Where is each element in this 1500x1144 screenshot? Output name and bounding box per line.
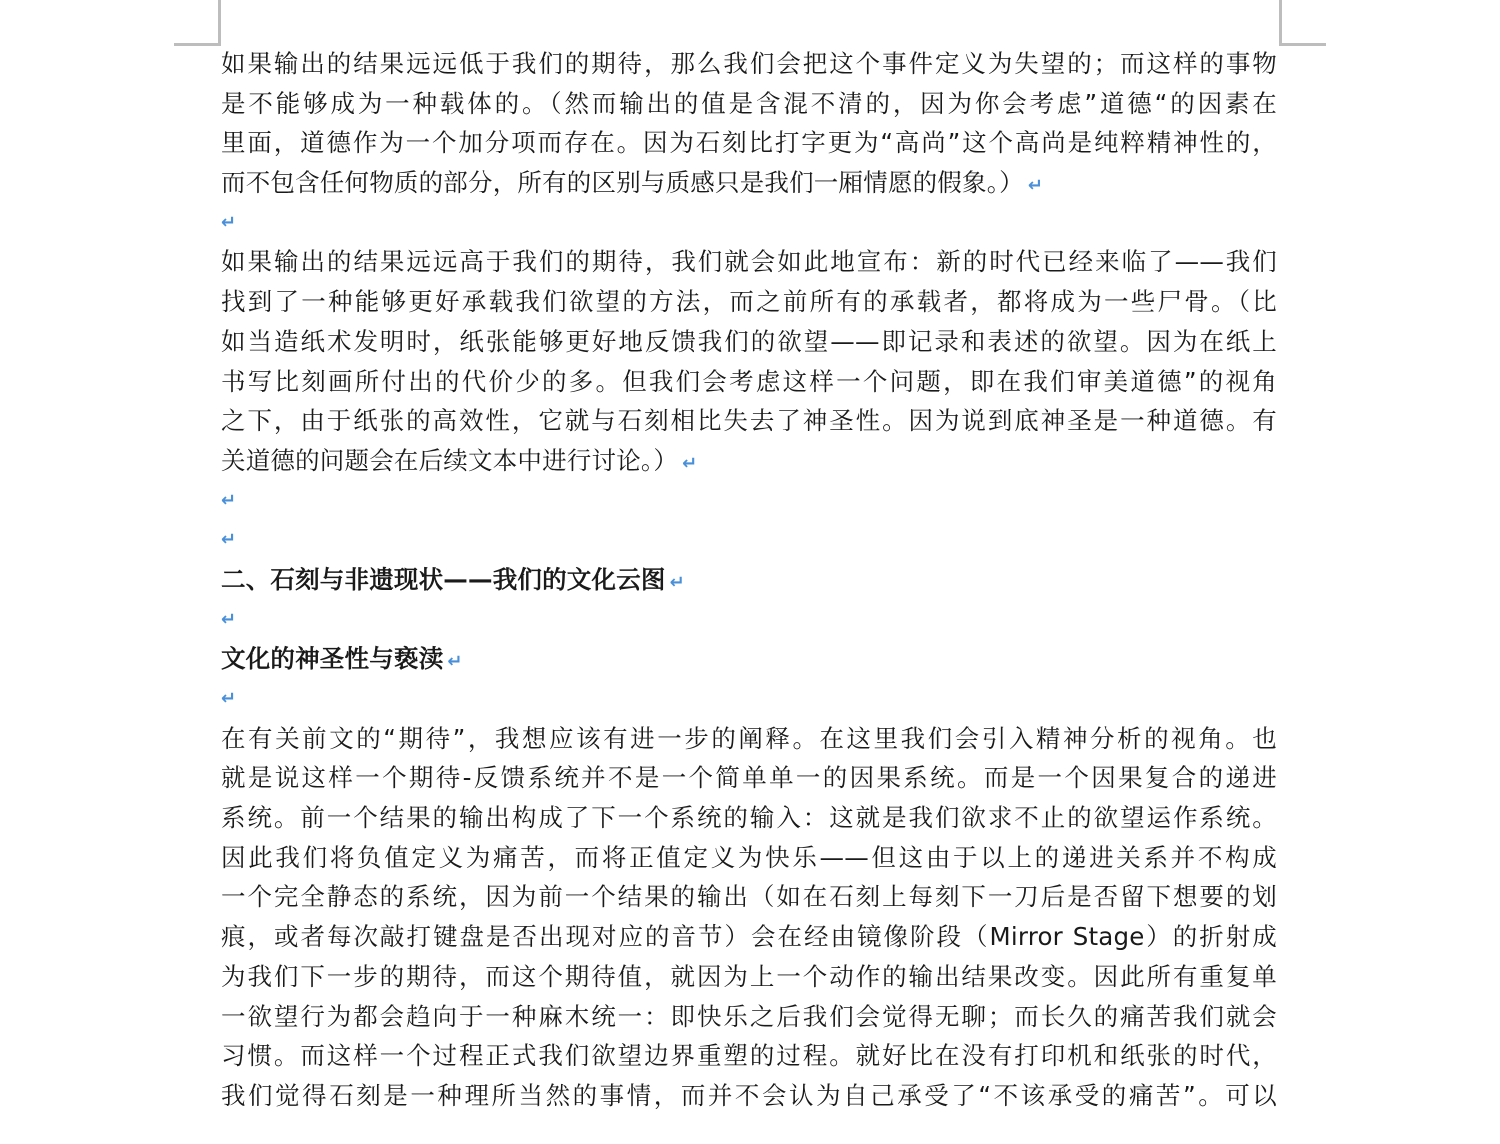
text-line: 我们觉得石刻是一种理所当然的事情，而并不会认为自己承受了“不该承受的痛苦”。可以 xyxy=(221,1076,1277,1116)
text-line: 关道德的问题会在后续文本中进行讨论。）↵ xyxy=(221,441,1277,481)
paragraph-mark-icon: ↵ xyxy=(221,529,236,550)
text-line: 就是说这样一个期待-反馈系统并不是一个简单单一的因果系统。而是一个因果复合的递进 xyxy=(221,758,1277,798)
text-line: 如果输出的结果远远高于我们的期待，我们就会如此地宣布：新的时代已经来临了——我们 xyxy=(221,242,1277,282)
top-left-margin-mark xyxy=(174,0,221,46)
top-right-margin-mark xyxy=(1279,0,1326,46)
empty-paragraph: ↵ xyxy=(221,600,1277,640)
paragraph-expectation-system: 在有关前文的“期待”，我想应该有进一步的阐释。在这里我们会引入精神分析的视角。也… xyxy=(221,719,1277,1116)
text-line: 为我们下一步的期待，而这个期待值，就因为上一个动作的输出结果改变。因此所有重复单 xyxy=(221,957,1277,997)
document-page: 如果输出的结果远远低于我们的期待，那么我们会把这个事件定义为失望的；而这样的事物… xyxy=(0,0,1500,1144)
subsection-heading: 文化的神圣性与亵渎↵ xyxy=(221,639,1277,679)
text-line-content: 而不包含任何物质的部分，所有的区别与质感只是我们一厢情愿的假象。） xyxy=(221,168,1024,197)
text-line: 痕，或者每次敲打键盘是否出现对应的音节）会在经由镜像阶段（Mirror Stag… xyxy=(221,917,1277,957)
text-line: 书写比刻画所付出的代价少的多。但我们会考虑这样一个问题，即在我们审美道德”的视角 xyxy=(221,362,1277,402)
empty-paragraph: ↵ xyxy=(221,679,1277,719)
text-line-content: 关道德的问题会在后续文本中进行讨论。） xyxy=(221,446,678,475)
text-line: 如当造纸术发明时，纸张能够更好地反馈我们的欲望——即记录和表述的欲望。因为在纸上 xyxy=(221,322,1277,362)
section-heading-text: 二、石刻与非遗现状——我们的文化云图 xyxy=(221,565,666,594)
paragraph-mark-icon: ↵ xyxy=(221,212,236,233)
paragraph-mark-icon: ↵ xyxy=(682,453,697,474)
subsection-heading-text: 文化的神圣性与亵渎 xyxy=(221,644,443,673)
paragraph-new-era: 如果输出的结果远远高于我们的期待，我们就会如此地宣布：新的时代已经来临了——我们… xyxy=(221,242,1277,480)
text-line: 找到了一种能够更好承载我们欲望的方法，而之前所有的承载者，都将成为一些尸骨。（比 xyxy=(221,282,1277,322)
paragraph-mark-icon: ↵ xyxy=(447,651,462,672)
empty-paragraph: ↵ xyxy=(221,481,1277,521)
text-line: 里面，道德作为一个加分项而存在。因为石刻比打字更为“高尚”这个高尚是纯粹精神性的… xyxy=(221,123,1277,163)
paragraph-mark-icon: ↵ xyxy=(221,490,236,511)
text-line: 一个完全静态的系统，因为前一个结果的输出（如在石刻上每刻下一刀后是否留下想要的划 xyxy=(221,877,1277,917)
paragraph-mark-icon: ↵ xyxy=(1028,175,1043,196)
text-line: 之下，由于纸张的高效性，它就与石刻相比失去了神圣性。因为说到底神圣是一种道德。有 xyxy=(221,401,1277,441)
text-line: 一欲望行为都会趋向于一种麻木统一：即快乐之后我们会觉得无聊；而长久的痛苦我们就会 xyxy=(221,997,1277,1037)
paragraph-disappointment: 如果输出的结果远远低于我们的期待，那么我们会把这个事件定义为失望的；而这样的事物… xyxy=(221,44,1277,203)
paragraph-mark-icon: ↵ xyxy=(670,572,685,593)
text-line: 系统。前一个结果的输出构成了下一个系统的输入：这就是我们欲求不止的欲望运作系统。 xyxy=(221,798,1277,838)
text-line: 在有关前文的“期待”，我想应该有进一步的阐释。在这里我们会引入精神分析的视角。也 xyxy=(221,719,1277,759)
text-line: 习惯。而这样一个过程正式我们欲望边界重塑的过程。就好比在没有打印机和纸张的时代， xyxy=(221,1036,1277,1076)
section-heading: 二、石刻与非遗现状——我们的文化云图↵ xyxy=(221,560,1277,600)
document-body[interactable]: 如果输出的结果远远低于我们的期待，那么我们会把这个事件定义为失望的；而这样的事物… xyxy=(221,44,1277,1116)
paragraph-mark-icon: ↵ xyxy=(221,688,236,709)
empty-paragraph: ↵ xyxy=(221,520,1277,560)
paragraph-mark-icon: ↵ xyxy=(221,609,236,630)
text-line: 而不包含任何物质的部分，所有的区别与质感只是我们一厢情愿的假象。）↵ xyxy=(221,163,1277,203)
empty-paragraph: ↵ xyxy=(221,203,1277,243)
text-line: 如果输出的结果远远低于我们的期待，那么我们会把这个事件定义为失望的；而这样的事物 xyxy=(221,44,1277,84)
text-line: 是不能够成为一种载体的。（然而输出的值是含混不清的，因为你会考虑”道德“的因素在 xyxy=(221,84,1277,124)
text-line: 因此我们将负值定义为痛苦，而将正值定义为快乐——但这由于以上的递进关系并不构成 xyxy=(221,838,1277,878)
